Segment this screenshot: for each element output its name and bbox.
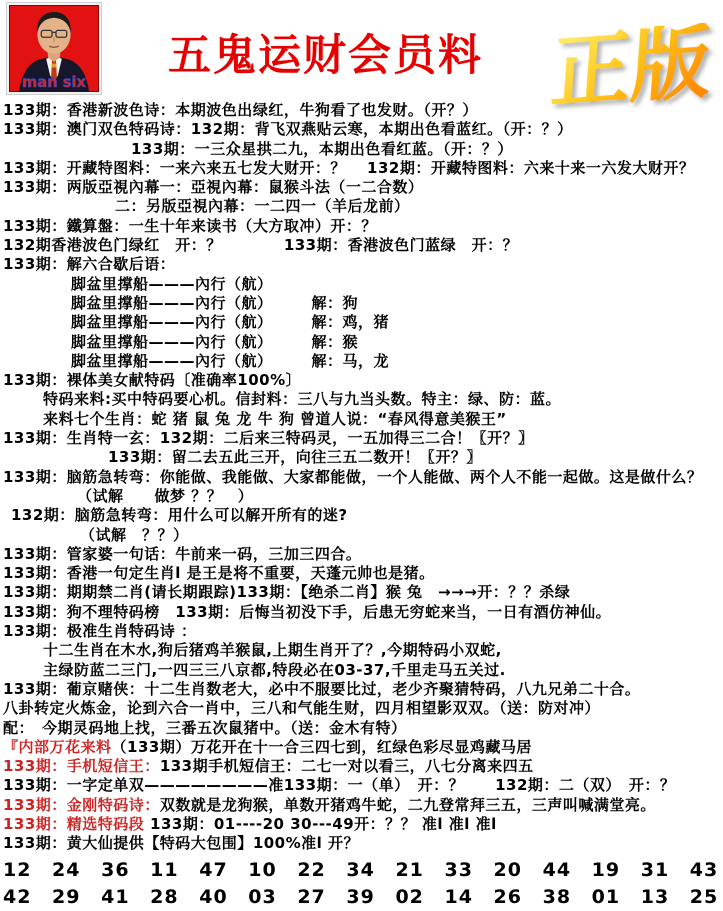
photo-watermark-text: man six (22, 74, 86, 91)
line-text: 133期：葡京赌侠：十二生肖数老大，必中不服要比过，老少齐聚猜特码，八九兄弟二十… (3, 680, 640, 698)
text-line: 脚盆里撑船———內行（航） (3, 275, 720, 294)
text-line: （试解 做梦 ？？ ） (3, 487, 720, 506)
number-row: 12 24 36 11 47 10 22 34 21 33 20 44 19 3… (3, 857, 723, 884)
line-text: 特码来料:买中特码要心机。信封料：三八与九当头数。特主：绿、防：蓝。 (43, 390, 561, 408)
line-text: 133期：生肖特一玄：132期：二后来三特码灵，一五加得三二合！〖开？〗 (3, 429, 534, 447)
line-text: 133期：裸体美女献特码〔准确率100%〕 (3, 371, 301, 389)
line-text: 133期：狗不理特码榜 133期：后悔当初没下手，后患无穷蛇来当，一日有酒仿神仙… (3, 603, 611, 621)
text-line: 133期：生肖特一玄：132期：二后来三特码灵，一五加得三二合！〖开？〗 (3, 429, 720, 448)
portrait-photo-drawing: man six (9, 5, 99, 92)
line-text: 脚盆里撑船———內行（航） (71, 275, 273, 293)
number-row: 42 29 41 28 40 03 27 39 02 14 26 38 01 1… (3, 884, 723, 911)
line-text: 133期：黄大仙提供【特码大包围】100%准l 开？ (3, 834, 359, 852)
page-title: 五鬼运财会员料 (168, 22, 483, 83)
line-text: 133期：留二去五此三开，向往三五二数开！〖开？〗 (108, 448, 482, 466)
line-text: 二：另版亞視內幕：一二四一（羊后龙前） (115, 197, 410, 215)
line-text: （133期）万花开在十一合三四七到，红绿色彩尽显鸡藏马居 (112, 738, 532, 756)
line-text: 双数就是龙狗猴，单数开猪鸡牛蛇，二九登常拜三五，三声叫喊满堂亮。 (160, 796, 656, 814)
text-line: 133期：解六合歇后语： (3, 255, 720, 274)
red-label-text: 『内部万花来料 (3, 738, 112, 756)
content-lines: 133期：香港新波色诗：本期波色出绿红，牛狗看了也发财。（开？）133期：澳门双… (0, 97, 720, 854)
text-line: 133期：开藏特图料：一来六来五七发大财开：？ 132期：开藏特图料：六来十来一… (3, 159, 720, 178)
text-line: 133期：一字定单双————————准133期：一（单） 开：？ 132期：二（… (3, 776, 720, 795)
line-text: 脚盆里撑船———內行（航） 解：马，龙 (71, 352, 389, 370)
line-text: 132期香港波色门绿红 开：？ 133期：香港波色门蓝绿 开：？ (3, 236, 518, 254)
line-text: 来料七个生肖：蛇 猪 鼠 兔 龙 牛 狗 曾道人说：“春风得意美猴王” (43, 410, 507, 428)
text-line: 133期：裸体美女献特码〔准确率100%〕 (3, 371, 720, 390)
genuine-stamp: 正版 (548, 22, 713, 114)
line-text: 133期：开藏特图料：一来六来五七发大财开：？ 132期：开藏特图料：六来十来一… (3, 159, 694, 177)
text-line: 脚盆里撑船———內行（航） 解：鸡，猪 (3, 313, 720, 332)
text-line: 脚盆里撑船———內行（航） 解：狗 (3, 294, 720, 313)
text-line: 133期：管家婆一句话：牛前来一码，三加三四合。 (3, 545, 720, 564)
text-line: 133期：香港一句定生肖l 是王是将不重要，天蓬元帅也是猪。 (3, 564, 720, 583)
text-line: 133期：鐵算盤：一生十年来读书（大方取冲）开：？ (3, 217, 720, 236)
text-line: 133期：一三众星拱二九，本期出色看红蓝。（开：？） (3, 140, 720, 159)
line-text: 十二生肖在木水,狗后猪鸡羊猴鼠,上期生肖开了？,今期特码小双蛇, (43, 641, 502, 659)
line-text: 133期：期期禁二肖(请长期跟踪)133期：【绝杀二肖】猴 兔 →→→开：？？杀… (3, 583, 570, 601)
line-text: 133期手机短信王：二七一对以看三，八七分离来四五 (160, 757, 534, 775)
red-label-text: 133期：精选特码段 (3, 815, 144, 833)
text-line: 主绿防蓝二三门,一四三三八京都,特段必在03-37,千里走马五关过. (3, 661, 720, 680)
line-text: 133期：一三众星拱二九，本期出色看红蓝。（开：？） (131, 140, 513, 158)
line-text: 配： 今期灵码地上找，三番五次鼠猪中。（送：金木有特） (3, 719, 407, 737)
text-line: 特码来料:买中特码要心机。信封料：三八与九当头数。特主：绿、防：蓝。 (3, 390, 720, 409)
line-text: 133期：鐵算盤：一生十年来读书（大方取冲）开：？ (3, 217, 377, 235)
text-line: 133期：期期禁二肖(请长期跟踪)133期：【绝杀二肖】猴 兔 →→→开：？？杀… (3, 583, 720, 602)
text-line: 133期：脑筋急转弯：你能做、我能做、大家都能做，一个人能做、两个人不能一起做。… (3, 468, 720, 487)
text-line: 133期：葡京赌侠：十二生肖数老大，必中不服要比过，老少齐聚猜特码，八九兄弟二十… (3, 680, 720, 699)
text-line: 133期：极准生肖特码诗 ： (3, 622, 720, 641)
line-text: 八卦转定火炼金，论到六合一肖中，三八和气能生财，四月相望影双双。（送：防对冲） (3, 699, 600, 717)
number-grid: 12 24 36 11 47 10 22 34 21 33 20 44 19 3… (0, 857, 723, 911)
text-line: 133期：狗不理特码榜 133期：后悔当初没下手，后患无穷蛇来当，一日有酒仿神仙… (3, 603, 720, 622)
red-label-text: 133期：金刚特码诗： (3, 796, 160, 814)
text-line: （试解 ？？） (3, 526, 720, 545)
line-text: 133期：澳门双色特码诗：132期：背飞双燕贴云寒，本期出色看蓝红。（开：？） (3, 120, 573, 138)
text-line: 132期香港波色门绿红 开：？ 133期：香港波色门蓝绿 开：？ (3, 236, 720, 255)
line-text: 133期：解六合歇后语： (3, 255, 175, 273)
line-text: 脚盆里撑船———內行（航） 解：猴 (71, 333, 358, 351)
tip-sheet-page: man six 五鬼运财会员料 正版 133期：香港新波色诗：本期波色出绿红，牛… (0, 0, 723, 911)
portrait-photo: man six (6, 2, 102, 95)
text-line: 133期：留二去五此三开，向往三五二数开！〖开？〗 (3, 448, 720, 467)
line-text: 133期：香港新波色诗：本期波色出绿红，牛狗看了也发财。（开？） (3, 101, 478, 119)
text-line: 配： 今期灵码地上找，三番五次鼠猪中。（送：金木有特） (3, 719, 720, 738)
text-line: 133期：澳门双色特码诗：132期：背飞双燕贴云寒，本期出色看蓝红。（开：？） (3, 120, 720, 139)
line-text: 133期：极准生肖特码诗 ： (3, 622, 197, 640)
line-text: 133期：两版亞視內幕一：亞視內幕：鼠猴斗法（一二合数） (3, 178, 423, 196)
line-text: 133期：管家婆一句话：牛前来一码，三加三四合。 (3, 545, 361, 563)
text-line: 133期：精选特码段 133期：01----20 30---49开：？？ 准l … (3, 815, 720, 834)
text-line: 133期：黄大仙提供【特码大包围】100%准l 开？ (3, 834, 720, 853)
line-text: 主绿防蓝二三门,一四三三八京都,特段必在03-37,千里走马五关过. (43, 661, 506, 679)
line-text: 脚盆里撑船———內行（航） 解：鸡，猪 (71, 313, 389, 331)
text-line: 十二生肖在木水,狗后猪鸡羊猴鼠,上期生肖开了？,今期特码小双蛇, (3, 641, 720, 660)
line-text: 132期：脑筋急转弯：用什么可以解开所有的迷? (11, 506, 348, 524)
red-label-text: 133期：手机短信王： (3, 757, 160, 775)
line-text: 脚盆里撑船———內行（航） 解：狗 (71, 294, 358, 312)
text-line: 132期：脑筋急转弯：用什么可以解开所有的迷? (3, 506, 720, 525)
line-text: 133期：一字定单双————————准133期：一（单） 开：？ 132期：二（… (3, 776, 675, 794)
header: man six 五鬼运财会员料 正版 (0, 0, 723, 97)
text-line: 133期：手机短信王：133期手机短信王：二七一对以看三，八七分离来四五 (3, 757, 720, 776)
text-line: 脚盆里撑船———內行（航） 解：马，龙 (3, 352, 720, 371)
line-text: （试解 ？？） (80, 526, 189, 544)
text-line: 133期：金刚特码诗：双数就是龙狗猴，单数开猪鸡牛蛇，二九登常拜三五，三声叫喊满… (3, 796, 720, 815)
line-text: 133期：脑筋急转弯：你能做、我能做、大家都能做，一个人能做、两个人不能一起做。… (3, 468, 702, 486)
text-line: 133期：两版亞視內幕一：亞視內幕：鼠猴斗法（一二合数） (3, 178, 720, 197)
text-line: 二：另版亞視內幕：一二四一（羊后龙前） (3, 197, 720, 216)
text-line: 脚盆里撑船———內行（航） 解：猴 (3, 333, 720, 352)
line-text: （试解 做梦 ？？ ） (77, 487, 253, 505)
text-line: 来料七个生肖：蛇 猪 鼠 兔 龙 牛 狗 曾道人说：“春风得意美猴王” (3, 410, 720, 429)
line-text: 133期：香港一句定生肖l 是王是将不重要，天蓬元帅也是猪。 (3, 564, 435, 582)
text-line: 八卦转定火炼金，论到六合一肖中，三八和气能生财，四月相望影双双。（送：防对冲） (3, 699, 720, 718)
text-line: 『内部万花来料（133期）万花开在十一合三四七到，红绿色彩尽显鸡藏马居 (3, 738, 720, 757)
line-text: 133期：01----20 30---49开：？？ 准l 准l 准l (144, 815, 496, 833)
